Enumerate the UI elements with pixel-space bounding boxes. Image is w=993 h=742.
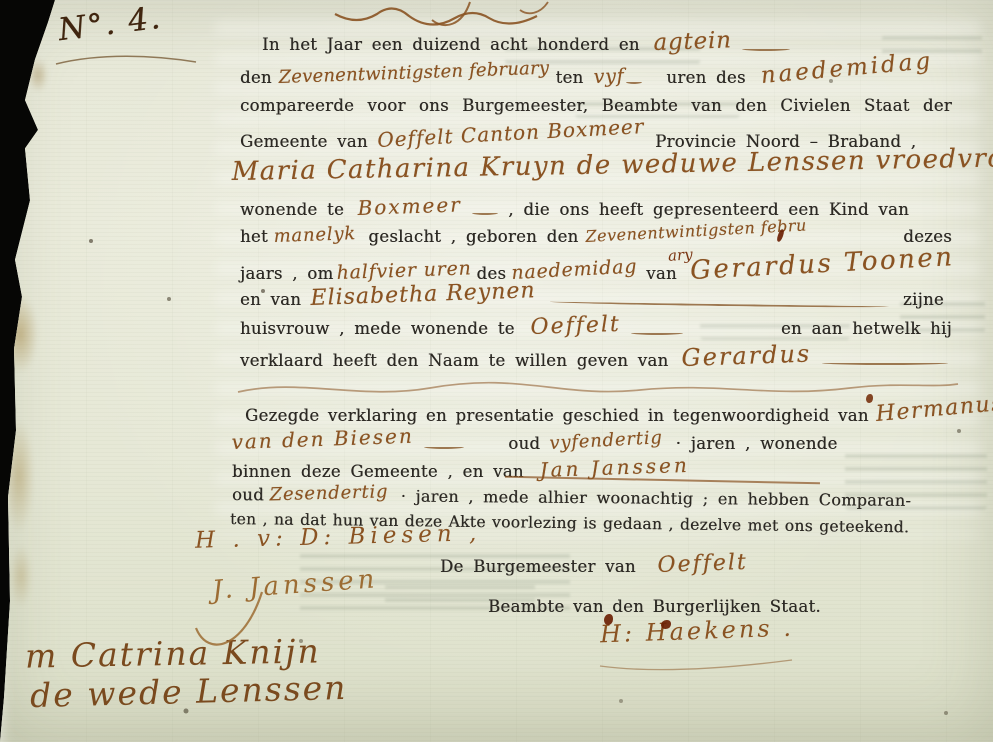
printed-text: het <box>240 227 268 246</box>
paper-stain <box>4 420 34 532</box>
handwritten-place: Oeffelt <box>530 312 621 340</box>
printed-text: en aan hetwelk hij <box>781 319 952 338</box>
handwritten-municipality: Oeffelt Canton Boxmeer <box>377 114 645 152</box>
document-page: N°. 4. In het Jaar een duizend acht hond… <box>0 0 993 742</box>
handwritten-child-name: Gerardus <box>681 339 812 372</box>
witness2-age-line: oud Zesendertig · jaren , mede alhier wo… <box>232 484 840 510</box>
ink-stroke <box>742 47 790 51</box>
printed-text: oud <box>232 485 264 504</box>
ink-stroke <box>550 300 889 309</box>
printed-text: oud <box>508 434 540 453</box>
beambte-title-line: Beambte van den Burgerlijken Staat. <box>488 597 821 616</box>
printed-text: In het Jaar een duizend acht honderd en <box>240 35 640 54</box>
printed-text: ten <box>556 68 584 87</box>
record-number: N°. 4. <box>56 0 164 48</box>
printed-text: huisvrouw , mede wonende te <box>240 319 515 338</box>
printed-text: · jaren , wonende <box>676 434 838 453</box>
mother-name-line: en van Elisabetha Reynen zijne <box>240 286 952 311</box>
ink-stroke <box>631 331 683 335</box>
printed-text: verklaard heeft den Naam te willen geven… <box>240 351 668 370</box>
handwritten-birthdate: Zevenentwintigsten febru <box>585 215 807 246</box>
printed-text: , die ons heeft gepresenteerd een Kind v… <box>508 200 909 219</box>
year-line: In het Jaar een duizend acht honderd en … <box>240 30 960 56</box>
cutoff-signature-flourish <box>335 8 537 24</box>
handwritten-father-name: Gerardus Toonen <box>689 242 955 286</box>
ink-stroke <box>472 211 498 215</box>
printed-text: en van <box>240 290 301 309</box>
handwritten-residence: Boxmeer <box>357 192 462 220</box>
printed-text: Beambte van den Burgerlijken Staat. <box>488 597 821 616</box>
handwritten-gender: manelyk <box>273 223 356 247</box>
witnesses-intro-line: Gezegde verklaring en presentatie geschi… <box>245 402 987 427</box>
printed-text: Gemeente van <box>240 132 368 151</box>
printed-text: van <box>646 264 677 283</box>
residence-line: wonende te Boxmeer , die ons heeft gepre… <box>240 196 952 220</box>
burgemeester-title-line: De Burgemeester van Oeffelt <box>440 553 860 578</box>
handwritten-date: Zevenentwintigsten february <box>278 58 549 88</box>
printed-text: zijne <box>903 290 944 309</box>
handwritten-year: agtein <box>653 27 732 56</box>
birth-time-father-line: jaars , om halfvier uren des naedemidag … <box>240 256 956 286</box>
printed-text: compareerde voor ons Burgemeester, Beamb… <box>240 96 952 115</box>
scanned-birth-record: { "document": { "record_number": "N°. 4.… <box>0 0 993 742</box>
printed-text: den <box>240 68 272 87</box>
printed-text: Gezegde verklaring en presentatie geschi… <box>245 406 869 425</box>
official-intro-line: compareerde voor ons Burgemeester, Beamb… <box>240 96 952 115</box>
ink-stroke <box>822 361 948 365</box>
paper-stain <box>28 58 48 92</box>
printed-text: binnen deze Gemeente , en van <box>232 462 524 481</box>
paper-stain <box>10 545 32 607</box>
handwritten-hour: vyf <box>593 65 625 88</box>
printed-text: uren des <box>666 68 745 87</box>
ink-specks <box>0 0 2 2</box>
handwritten-witness1-firstname: Hermanus <box>874 391 993 427</box>
child-name-line: verklaard heeft den Naam te willen geven… <box>240 344 958 372</box>
handwritten-birth-hour: halfvier uren <box>337 257 473 284</box>
printed-text: jaars , om <box>240 264 333 283</box>
ink-stroke <box>626 80 642 84</box>
child-gender-line: het manelyk geslacht , geboren den Zeven… <box>240 226 952 247</box>
printed-text: De Burgemeester van <box>440 557 636 576</box>
mother-residence-line: huisvrouw , mede wonende te Oeffelt en a… <box>240 315 952 340</box>
handwritten-age: Zesendertig <box>269 481 388 505</box>
date-time-line: den Zevenentwintigsten february ten vyf … <box>240 63 960 89</box>
paragraph-divider-squiggle <box>238 383 958 392</box>
ink-stroke <box>424 445 464 449</box>
witness1-line: van den Biesen oud vyfendertig · jaren ,… <box>232 430 840 454</box>
declarant-name-line: Maria Catharina Kruyn de weduwe Lenssen … <box>232 157 972 187</box>
declarant-signature-line2: de wede Lenssen <box>30 668 348 715</box>
record-number-underline <box>56 56 196 64</box>
witness2-line: binnen deze Gemeente , en van Jan Jansse… <box>232 458 824 482</box>
handwritten-witness1-surname: van den Biesen <box>231 424 414 454</box>
handwritten-place: Oeffelt <box>657 550 748 578</box>
official-signature-underline <box>600 660 792 670</box>
printed-text: geslacht , geboren den <box>368 227 578 246</box>
handwritten-age: vyfendertig <box>549 427 663 454</box>
paper-stain <box>2 295 38 373</box>
printed-text: wonende te <box>240 200 344 219</box>
official-signature: H: Haekens . <box>600 614 795 649</box>
printed-text: · jaren , mede alhier woonachtig ; en he… <box>401 486 912 509</box>
